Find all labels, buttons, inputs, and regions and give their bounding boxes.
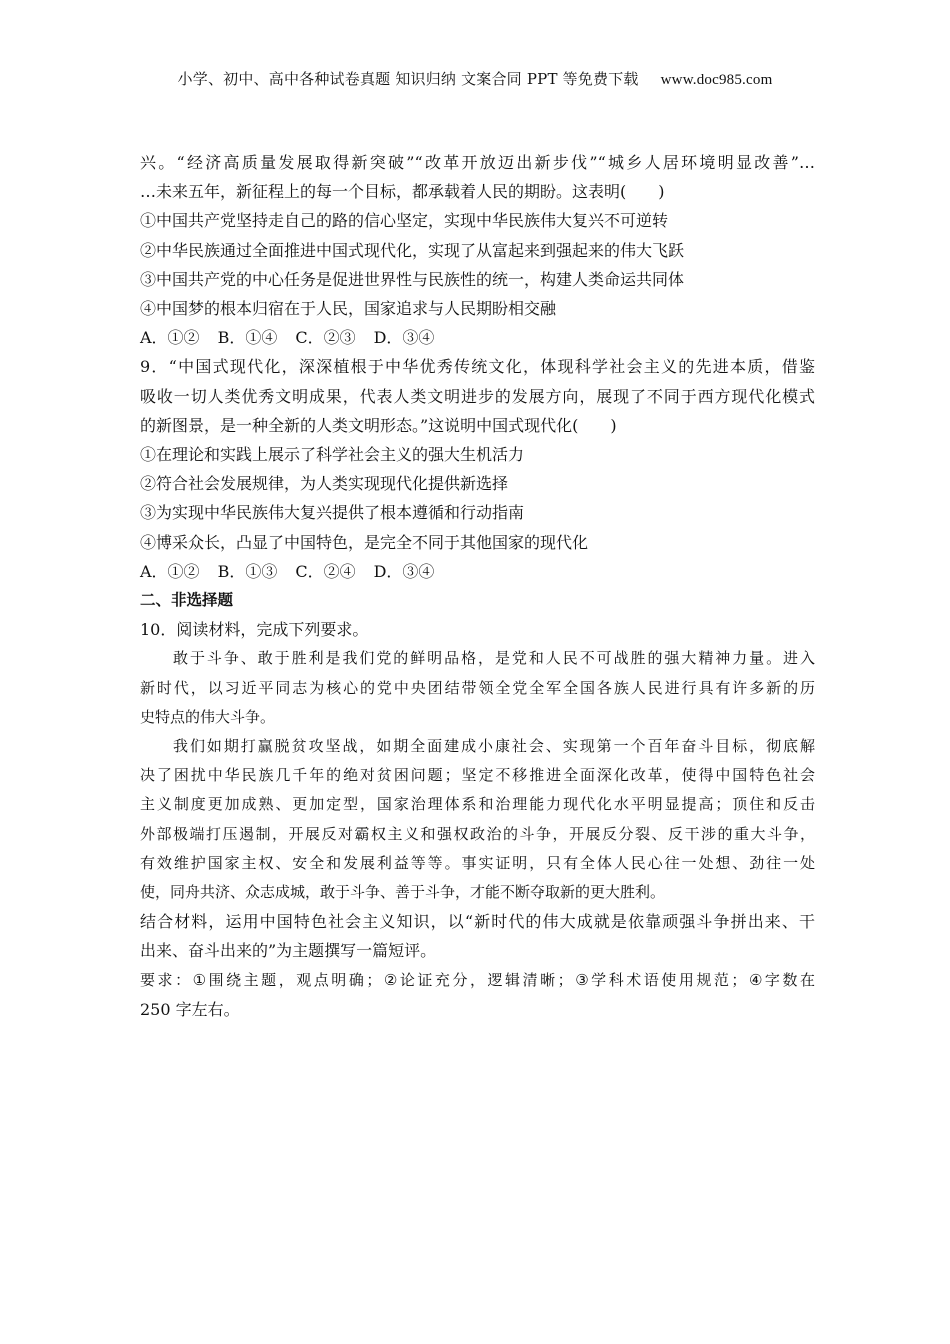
page-header: 小学、初中、高中各种试卷真题 知识归纳 文案合同 PPT 等免费下载www.do… bbox=[0, 68, 950, 89]
header-site-link[interactable]: www.doc985.com bbox=[661, 72, 773, 88]
question-9-option-1: ①在理论和实践上展示了科学社会主义的强大生机活力 bbox=[140, 440, 815, 469]
material-line: 外部极端打压遏制，开展反对霸权主义和强权政治的斗争，开展反分裂、反干涉的重大斗争… bbox=[140, 820, 815, 849]
choice-c: C．②③ bbox=[295, 328, 355, 347]
question-8-stem-line-1: 兴。“经济高质量发展取得新突破”“改革开放迈出新步伐”“城乡人居环境明显改善”… bbox=[140, 148, 815, 177]
question-8: 兴。“经济高质量发展取得新突破”“改革开放迈出新步伐”“城乡人居环境明显改善”…… bbox=[140, 148, 815, 352]
task-line-1: 结合材料，运用中国特色社会主义知识，以“新时代的伟大成就是依靠顽强斗争拼出来、干 bbox=[140, 907, 815, 936]
question-10-stem: 10．阅读材料，完成下列要求。 bbox=[140, 615, 815, 644]
choice-c: C．②④ bbox=[295, 562, 355, 581]
material-paragraph-2: 我们如期打赢脱贫攻坚战，如期全面建成小康社会、实现第一个百年奋斗目标，彻底解 决… bbox=[140, 732, 815, 907]
question-9-stem-line-3: 的新图景，是一种全新的人类文明形态。”这说明中国式现代化( ) bbox=[140, 411, 815, 440]
question-10: 10．阅读材料，完成下列要求。 敢于斗争、敢于胜利是我们党的鲜明品格，是党和人民… bbox=[140, 615, 815, 1024]
question-9-option-4: ④博采众长，凸显了中国特色，是完全不同于其他国家的现代化 bbox=[140, 528, 815, 557]
material-paragraph-1: 敢于斗争、敢于胜利是我们党的鲜明品格，是党和人民不可战胜的强大精神力量。进入 新… bbox=[140, 644, 815, 732]
header-text: 小学、初中、高中各种试卷真题 知识归纳 文案合同 PPT 等免费下载 bbox=[178, 70, 639, 88]
requirements-line-1: 要求：①围绕主题，观点明确；②论证充分，逻辑清晰；③学科术语使用规范；④字数在 bbox=[140, 966, 815, 995]
choice-a: A．①② bbox=[140, 562, 200, 581]
question-8-option-1: ①中国共产党坚持走自己的路的信心坚定，实现中华民族伟大复兴不可逆转 bbox=[140, 206, 815, 235]
section-title: 二、非选择题 bbox=[140, 586, 815, 615]
question-9-stem-line-2: 吸收一切人类优秀文明成果，代表人类文明进步的发展方向，展现了不同于西方现代化模式 bbox=[140, 382, 815, 411]
question-9-option-2: ②符合社会发展规律，为人类实现现代化提供新选择 bbox=[140, 469, 815, 498]
material-line: 主义制度更加成熟、更加定型，国家治理体系和治理能力现代化水平明显提高；顶住和反击 bbox=[140, 790, 815, 819]
choice-d: D．③④ bbox=[374, 562, 435, 581]
question-8-option-3: ③中国共产党的中心任务是促进世界性与民族性的统一，构建人类命运共同体 bbox=[140, 265, 815, 294]
choice-d: D．③④ bbox=[374, 328, 435, 347]
requirements-line-2: 250 字左右。 bbox=[140, 995, 815, 1024]
material-line: 我们如期打赢脱贫攻坚战，如期全面建成小康社会、实现第一个百年奋斗目标，彻底解 bbox=[140, 732, 815, 761]
document-body: 兴。“经济高质量发展取得新突破”“改革开放迈出新步伐”“城乡人居环境明显改善”…… bbox=[140, 148, 815, 1024]
material-line: 新时代，以习近平同志为核心的党中央团结带领全党全军全国各族人民进行具有许多新的历 bbox=[140, 674, 815, 703]
choice-b: B．①③ bbox=[218, 562, 278, 581]
material-line: 史特点的伟大斗争。 bbox=[140, 703, 815, 732]
material-line: 使，同舟共济、众志成城，敢于斗争、善于斗争，才能不断夺取新的更大胜利。 bbox=[140, 878, 815, 907]
question-9-choices: A．①②B．①③C．②④D．③④ bbox=[140, 557, 815, 586]
question-9-stem-line-1: 9．“中国式现代化，深深植根于中华优秀传统文化，体现科学社会主义的先进本质，借鉴 bbox=[140, 352, 815, 381]
question-8-option-4: ④中国梦的根本归宿在于人民，国家追求与人民期盼相交融 bbox=[140, 294, 815, 323]
question-8-stem-line-2: …未来五年，新征程上的每一个目标，都承载着人民的期盼。这表明( ) bbox=[140, 177, 815, 206]
task-line-2: 出来、奋斗出来的”为主题撰写一篇短评。 bbox=[140, 936, 815, 965]
question-8-choices: A．①②B．①④C．②③D．③④ bbox=[140, 323, 815, 352]
question-9: 9．“中国式现代化，深深植根于中华优秀传统文化，体现科学社会主义的先进本质，借鉴… bbox=[140, 352, 815, 586]
choice-b: B．①④ bbox=[218, 328, 278, 347]
material-line: 有效维护国家主权、安全和发展利益等等。事实证明，只有全体人民心往一处想、劲往一处 bbox=[140, 849, 815, 878]
question-9-option-3: ③为实现中华民族伟大复兴提供了根本遵循和行动指南 bbox=[140, 498, 815, 527]
material-line: 决了困扰中华民族几千年的绝对贫困问题；坚定不移推进全面深化改革，使得中国特色社会 bbox=[140, 761, 815, 790]
question-8-option-2: ②中华民族通过全面推进中国式现代化，实现了从富起来到强起来的伟大飞跃 bbox=[140, 236, 815, 265]
choice-a: A．①② bbox=[140, 328, 200, 347]
material-line: 敢于斗争、敢于胜利是我们党的鲜明品格，是党和人民不可战胜的强大精神力量。进入 bbox=[140, 644, 815, 673]
